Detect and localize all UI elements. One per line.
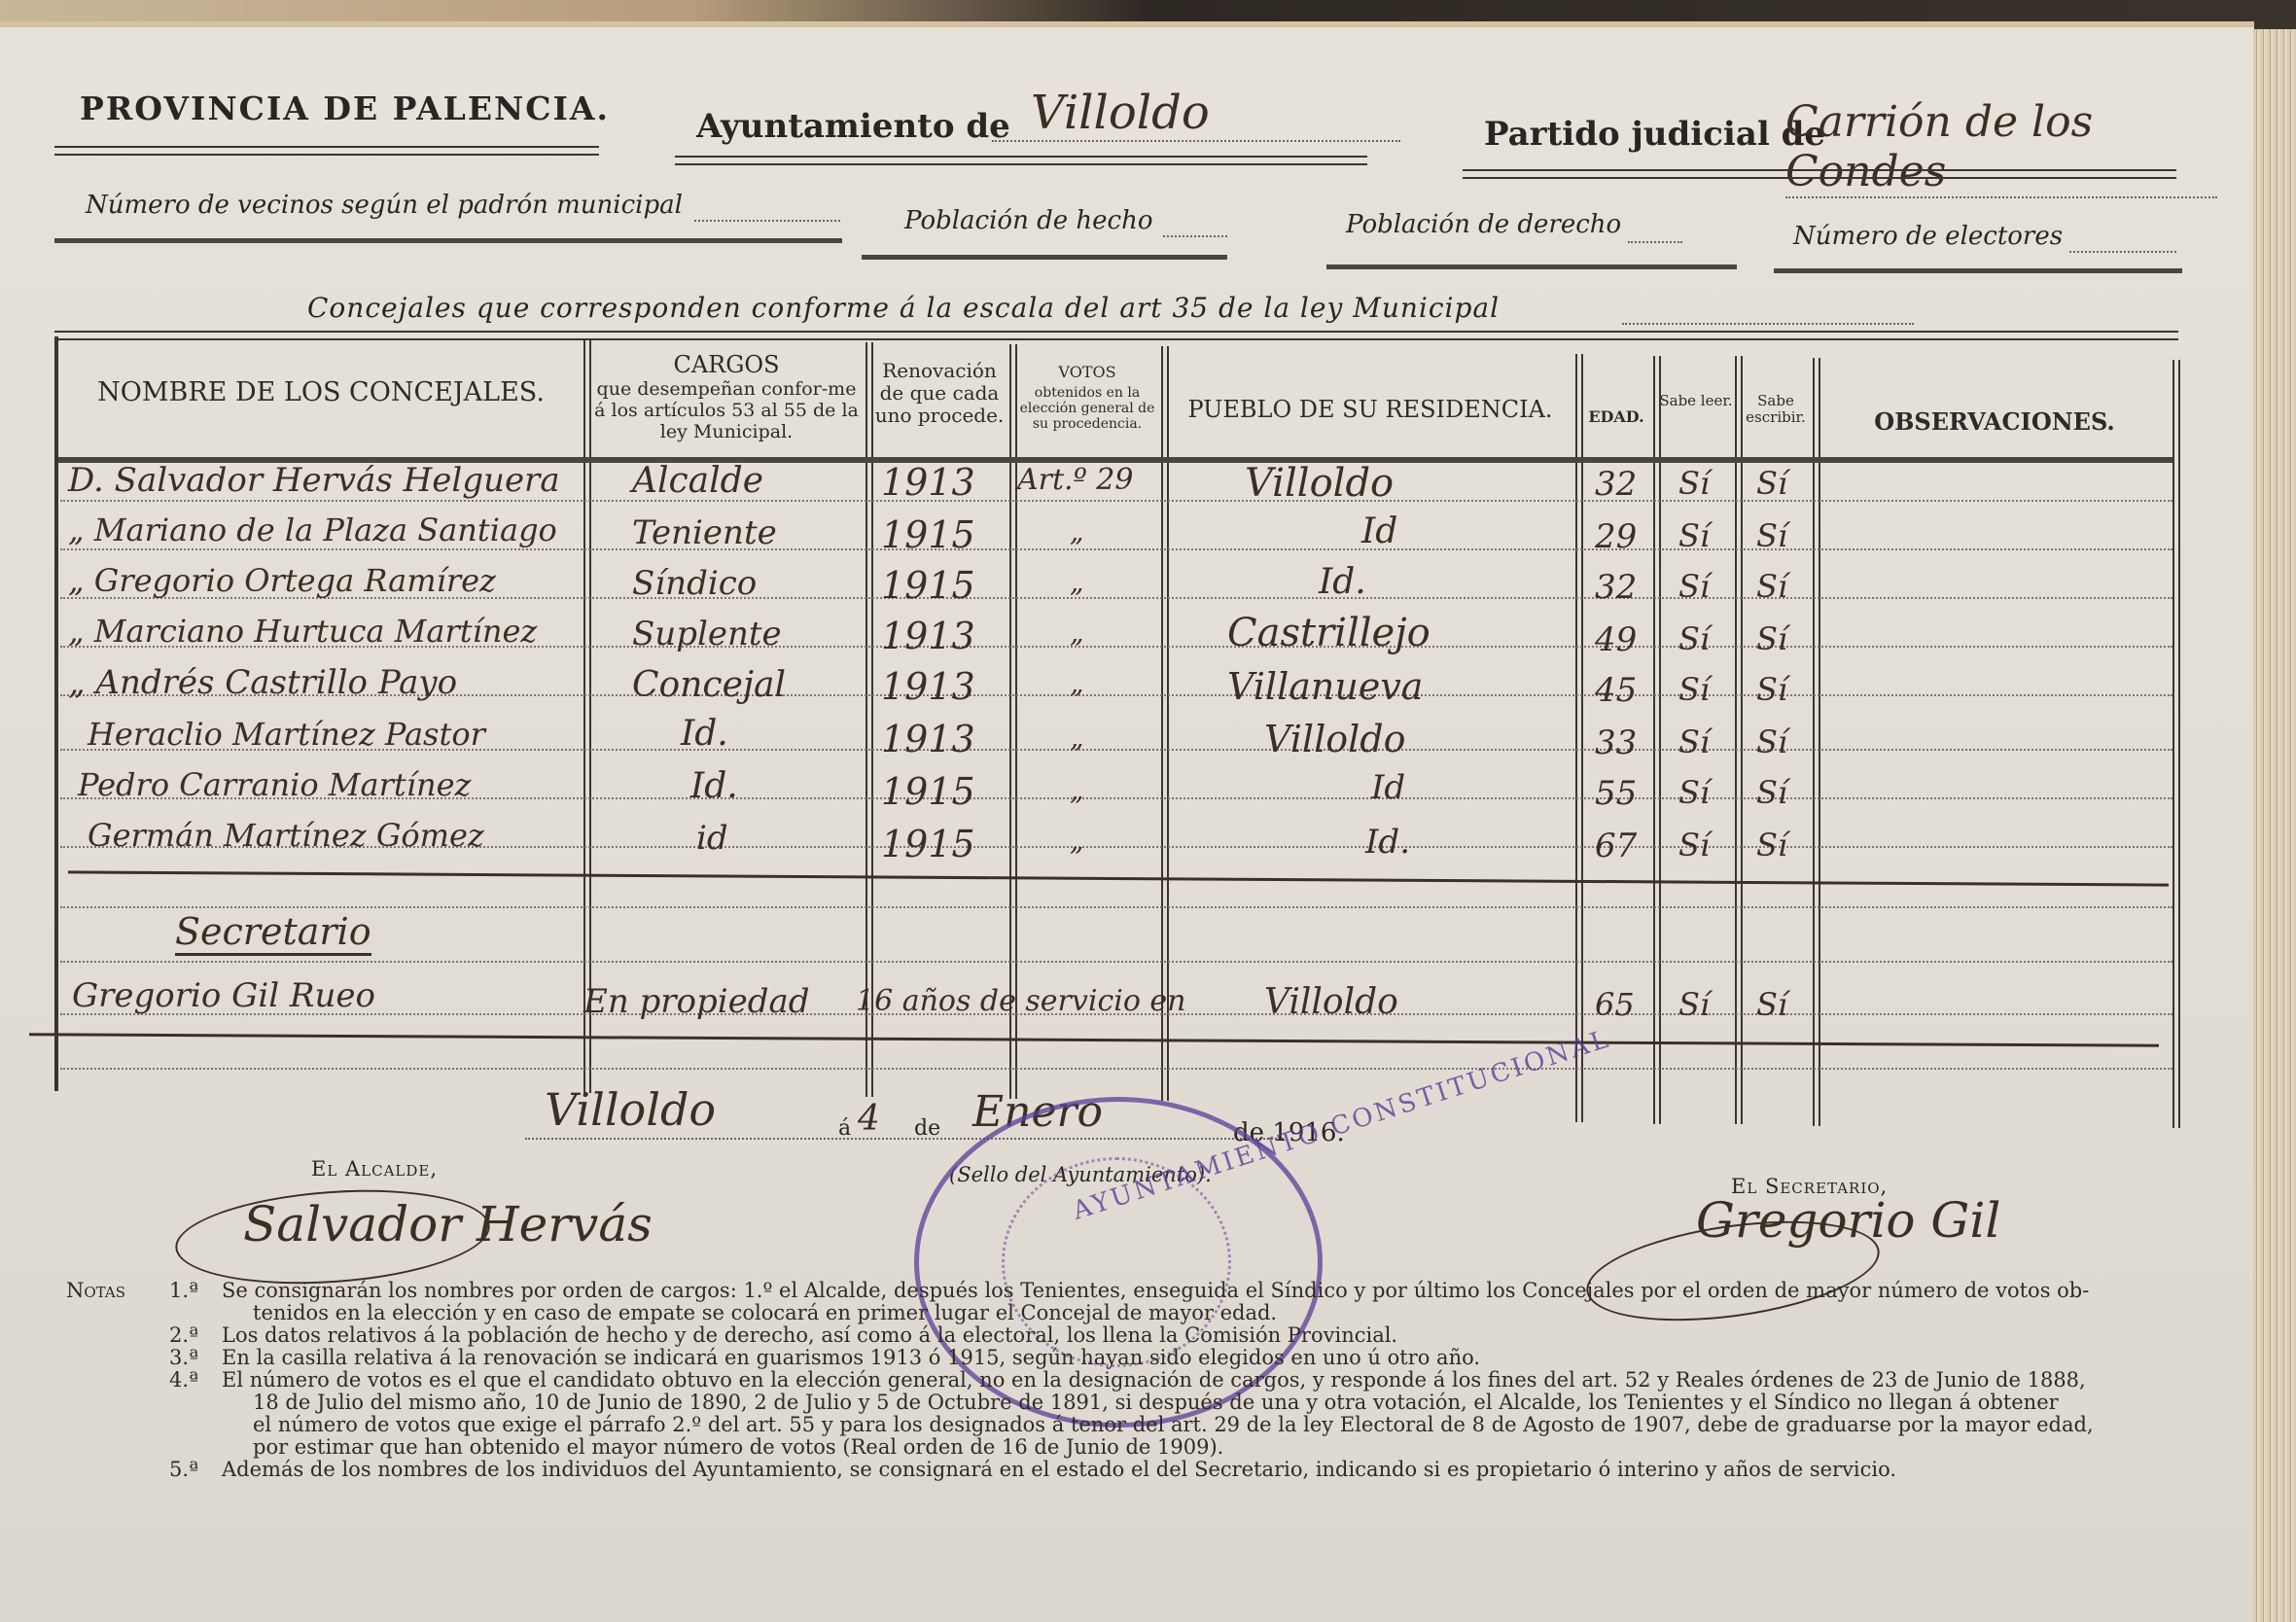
ayuntamiento-value: Villoldo [992, 86, 1400, 142]
cell-pueblo: Villoldo [1264, 718, 1405, 760]
note-item: 4.ª El número de votos es el que el cand… [66, 1369, 2186, 1459]
note-number: 4.ª [169, 1369, 198, 1392]
row-rule [60, 548, 2172, 550]
partido-label: Partido judicial de [1484, 115, 1825, 154]
secretario-leer: Sí [1678, 986, 1710, 1023]
cell-pueblo: Villanueva [1227, 665, 1423, 708]
cell-renovacion: 1913 [881, 665, 975, 708]
cell-edad: 55 [1595, 774, 1637, 813]
ayuntamiento-label: Ayuntamiento de [696, 107, 1010, 146]
cell-renovacion: 1913 [881, 718, 975, 760]
cell-leer: Sí [1678, 671, 1710, 708]
hecho-label: Población de hecho [904, 206, 1152, 235]
secretario-escribir: Sí [1756, 986, 1787, 1023]
derecho-label: Población de derecho [1346, 210, 1621, 239]
note-number: 2.ª [169, 1324, 198, 1347]
cell-leer: Sí [1678, 827, 1710, 864]
col-divider [1653, 356, 1661, 1124]
cell-nombre: „ Marciano Hurtuca Martínez [68, 613, 537, 650]
cell-leer: Sí [1678, 774, 1710, 811]
cell-renovacion: 1915 [881, 823, 975, 865]
cell-renovacion: 1915 [881, 513, 975, 556]
divider [54, 238, 842, 243]
cell-escribir: Sí [1756, 568, 1787, 605]
cell-pueblo: Id [1361, 511, 1397, 551]
cell-pueblo: Id. [1365, 823, 1410, 862]
cell-nombre: Heraclio Martínez Pastor [88, 716, 485, 753]
cell-renovacion: 1915 [881, 770, 975, 813]
cell-renovacion: 1915 [881, 564, 975, 607]
note-text: Se consignarán los nombres por orden de … [222, 1280, 2186, 1302]
col-divider [1735, 356, 1743, 1124]
cell-votos: „ [1070, 774, 1084, 806]
col-divider [1575, 354, 1583, 1122]
note-text: Los datos relativos á la población de he… [222, 1324, 2186, 1347]
row-rule [60, 500, 2172, 502]
table-left-border [54, 336, 58, 1091]
cell-cargo: Síndico [632, 564, 757, 603]
cell-votos: „ [1070, 617, 1084, 649]
cell-pueblo: Villoldo [1245, 461, 1394, 506]
province-title: PROVINCIA DE PALENCIA. [80, 89, 610, 127]
cell-edad: 32 [1595, 568, 1637, 607]
cell-escribir: Sí [1756, 465, 1787, 502]
header-observaciones: OBSERVACIONES. [1819, 408, 2171, 436]
divider [54, 146, 599, 156]
note-text: En la casilla relativa á la renovación s… [222, 1347, 2186, 1369]
note-text: Además de los nombres de los individuos … [222, 1459, 2186, 1481]
concejales-heading: Concejales que corresponden conforme á l… [307, 292, 1500, 324]
cell-cargo: Id. [681, 714, 728, 754]
header-cargos-title: CARGOS [589, 352, 864, 379]
cell-cargo: id [696, 819, 728, 858]
header-edad: EDAD. [1581, 408, 1651, 426]
cell-nombre: Pedro Carranio Martínez [78, 766, 471, 803]
secretario-servicio: 16 años de servicio en [856, 984, 1186, 1018]
cell-leer: Sí [1678, 620, 1710, 657]
cell-escribir: Sí [1756, 723, 1787, 760]
note-number: 1.ª [169, 1280, 198, 1302]
cell-leer: Sí [1678, 517, 1710, 554]
row-rule [60, 1068, 2172, 1070]
note-item: 2.ª Los datos relativos á la población d… [66, 1324, 2186, 1347]
note-item: 5.ª Además de los nombres de los individ… [66, 1459, 2186, 1481]
cell-escribir: Sí [1756, 827, 1787, 864]
note-number: 5.ª [169, 1459, 198, 1481]
notes-section: Notas 1.ª Se consignarán los nombres por… [66, 1280, 2186, 1481]
note-text: tenidos en la elección y en caso de empa… [222, 1302, 2186, 1324]
concejales-field [1622, 313, 1914, 325]
partido-value: Carrión de los Condes [1785, 97, 2217, 198]
header-cargos-sub: que desempeñan confor-me á los artículos… [589, 379, 864, 443]
cell-nombre: „ Mariano de la Plaza Santiago [68, 511, 557, 548]
table-top-border [54, 331, 2178, 340]
divider [1774, 268, 2182, 273]
date-place: Villoldo [545, 1083, 716, 1136]
cell-cargo: Suplente [632, 615, 782, 653]
header-votos-title: VOTOS [1015, 364, 1159, 381]
date-de-label: de [914, 1116, 940, 1141]
electores-field [2069, 237, 2176, 253]
date-day: 4 [858, 1099, 880, 1139]
page-edge [2253, 29, 2296, 1622]
cell-edad: 29 [1595, 517, 1637, 556]
cell-votos: Art.º 29 [1017, 463, 1133, 497]
divider [675, 156, 1367, 165]
cell-nombre: D. Salvador Hervás Helguera [68, 461, 560, 500]
divider [1463, 169, 2176, 179]
secretario-nombre: Gregorio Gil Rueo [72, 976, 375, 1015]
header-leer: Sabe leer. [1659, 393, 1733, 409]
derecho-field [1628, 228, 1682, 243]
cell-votos: „ [1070, 515, 1084, 547]
notes-label: Notas [66, 1280, 125, 1302]
hecho-field [1163, 222, 1227, 237]
header-votos-sub: obtenidos en la elección general de su p… [1015, 385, 1159, 432]
cell-cargo: Id. [690, 766, 738, 806]
col-divider [1813, 358, 1820, 1126]
alcalde-signature: Salvador Hervás [243, 1196, 653, 1252]
note-number: 3.ª [169, 1347, 198, 1369]
header-escribir: Sabe escribir. [1741, 393, 1811, 427]
divider [862, 255, 1227, 260]
secretario-heading: Secretario [175, 910, 371, 956]
electores-label: Número de electores [1793, 222, 2063, 251]
cell-pueblo: Id. [1319, 562, 1366, 602]
cell-renovacion: 1913 [881, 461, 975, 504]
note-text: por estimar que han obtenido el mayor nú… [222, 1436, 2186, 1459]
cell-edad: 32 [1595, 465, 1637, 504]
cell-votos: „ [1070, 825, 1084, 857]
header-renovacion: Renovación de que cada uno procede. [871, 360, 1007, 427]
row-rule [60, 906, 2172, 908]
row-rule [60, 961, 2172, 963]
cell-edad: 45 [1595, 671, 1637, 710]
cell-nombre: „ Gregorio Ortega Ramírez [68, 562, 496, 599]
cell-nombre: „ Andrés Castrillo Payo [68, 663, 457, 702]
cell-cargo: Alcalde [632, 461, 763, 501]
cell-cargo: Teniente [632, 513, 777, 552]
cell-leer: Sí [1678, 568, 1710, 605]
cell-renovacion: 1913 [881, 615, 975, 657]
alcalde-label: El Alcalde, [311, 1157, 438, 1181]
secretario-cargo: En propiedad [583, 982, 810, 1021]
secretario-signature: Gregorio Gil [1696, 1192, 2000, 1249]
note-item: 3.ª En la casilla relativa á la renovaci… [66, 1347, 2186, 1369]
vecinos-field [694, 206, 840, 222]
date-a-label: á [838, 1116, 851, 1141]
vecinos-label: Número de vecinos según el padrón munici… [86, 191, 683, 220]
divider [1326, 264, 1737, 269]
col-divider [583, 338, 591, 1093]
cell-escribir: Sí [1756, 671, 1787, 708]
secretario-pueblo: Villoldo [1264, 982, 1398, 1022]
cell-leer: Sí [1678, 465, 1710, 502]
cell-pueblo: Castrillejo [1227, 611, 1431, 655]
cell-votos: „ [1070, 667, 1084, 699]
cell-edad: 49 [1595, 620, 1637, 659]
cell-edad: 33 [1595, 723, 1637, 762]
cell-edad: 67 [1595, 827, 1637, 865]
note-item: Notas 1.ª Se consignarán los nombres por… [66, 1280, 2186, 1324]
cell-escribir: Sí [1756, 774, 1787, 811]
note-text: el número de votos que exige el párrafo … [222, 1414, 2186, 1436]
cell-leer: Sí [1678, 723, 1710, 760]
cell-cargo: Concejal [632, 665, 786, 705]
note-text: 18 de Julio del mismo año, 10 de Junio d… [222, 1392, 2186, 1414]
cell-votos: „ [1070, 566, 1084, 598]
cell-pueblo: Id [1371, 768, 1405, 807]
header-nombre: NOMBRE DE LOS CONCEJALES. [60, 377, 582, 407]
secretario-edad: 65 [1595, 986, 1635, 1023]
cell-votos: „ [1070, 722, 1084, 754]
note-text: El número de votos es el que el candidat… [222, 1369, 2186, 1392]
header-pueblo: PUEBLO DE SU RESIDENCIA. [1167, 397, 1573, 424]
cell-escribir: Sí [1756, 620, 1787, 657]
cell-escribir: Sí [1756, 517, 1787, 554]
table-right-border [2172, 360, 2180, 1128]
cell-nombre: Germán Martínez Gómez [88, 817, 484, 854]
